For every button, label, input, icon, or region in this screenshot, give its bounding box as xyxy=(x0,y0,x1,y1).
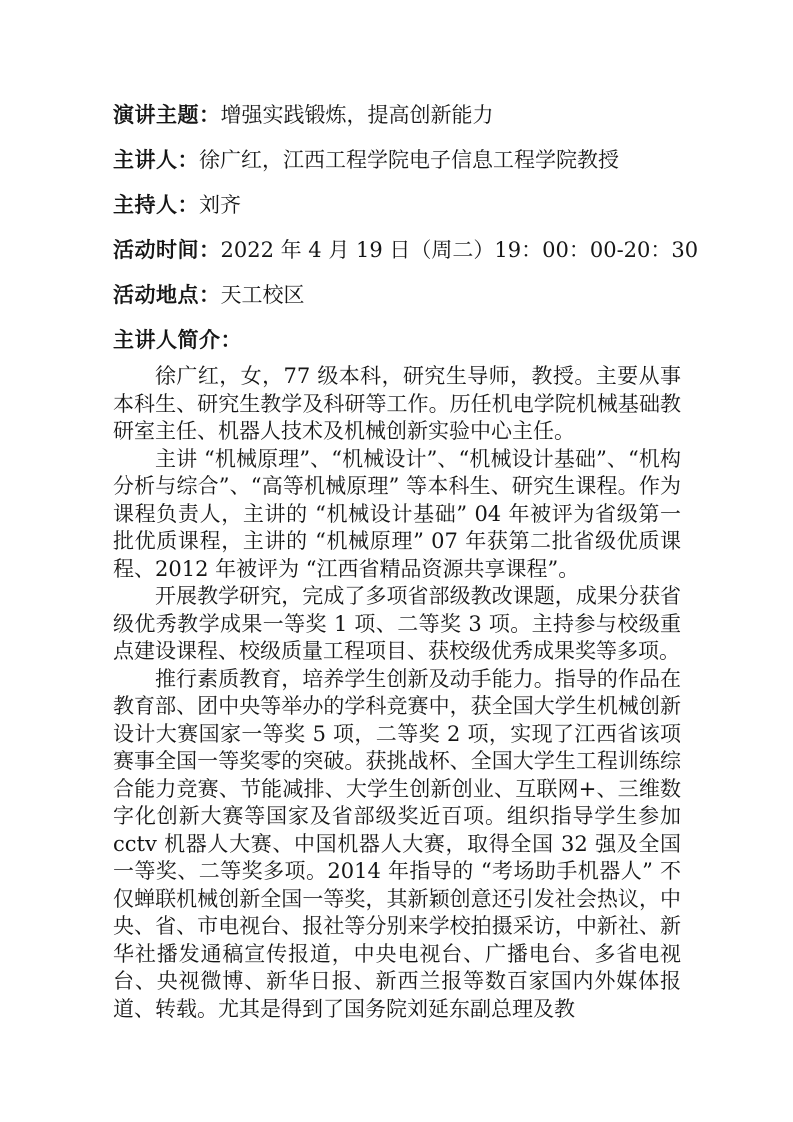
speaker-bio-heading: 主讲人简介： xyxy=(113,325,681,355)
document-page: 演讲主题：增强实践锻炼，提高创新能力 主讲人：徐广红，江西工程学院电子信息工程学… xyxy=(0,0,793,1122)
bio-paragraph-overview: 徐广红，女，77 级本科，研究生导师，教授。主要从事本科生、研究生教学及科研等工… xyxy=(113,363,681,446)
bio-paragraph-teaching-research: 开展教学研究，完成了多项省部级教改课题，成果分获省级优秀教学成果一等奖 1 项、… xyxy=(113,583,681,666)
field-event-time-value: 2022 年 4 月 19 日（周二）19：00：00-20：30 xyxy=(221,238,699,262)
field-lecture-topic-value: 增强实践锻炼，提高创新能力 xyxy=(221,103,494,127)
field-host-value: 刘齐 xyxy=(199,193,241,217)
field-speaker-label: 主讲人： xyxy=(113,147,199,172)
field-host: 主持人：刘齐 xyxy=(113,190,681,220)
field-lecture-topic-label: 演讲主题： xyxy=(113,102,221,127)
field-event-time-label: 活动时间： xyxy=(113,237,221,262)
field-event-location: 活动地点：天工校区 xyxy=(113,280,681,310)
bio-paragraph-courses: 主讲 “机械原理”、“机械设计”、“机械设计基础”、“机构分析与综合”、“高等机… xyxy=(113,446,681,584)
field-event-location-value: 天工校区 xyxy=(221,283,305,307)
field-event-location-label: 活动地点： xyxy=(113,282,221,307)
field-speaker-value: 徐广红，江西工程学院电子信息工程学院教授 xyxy=(199,148,619,172)
field-lecture-topic: 演讲主题：增强实践锻炼，提高创新能力 xyxy=(113,100,681,130)
field-host-label: 主持人： xyxy=(113,192,199,217)
field-speaker: 主讲人：徐广红，江西工程学院电子信息工程学院教授 xyxy=(113,145,681,175)
document-content: 演讲主题：增强实践锻炼，提高创新能力 主讲人：徐广红，江西工程学院电子信息工程学… xyxy=(113,100,681,1023)
bio-paragraph-student-awards: 推行素质教育，培养学生创新及动手能力。指导的作品在教育部、团中央等举办的学科竞赛… xyxy=(113,666,681,1024)
field-event-time: 活动时间：2022 年 4 月 19 日（周二）19：00：00-20：30 xyxy=(113,235,681,265)
